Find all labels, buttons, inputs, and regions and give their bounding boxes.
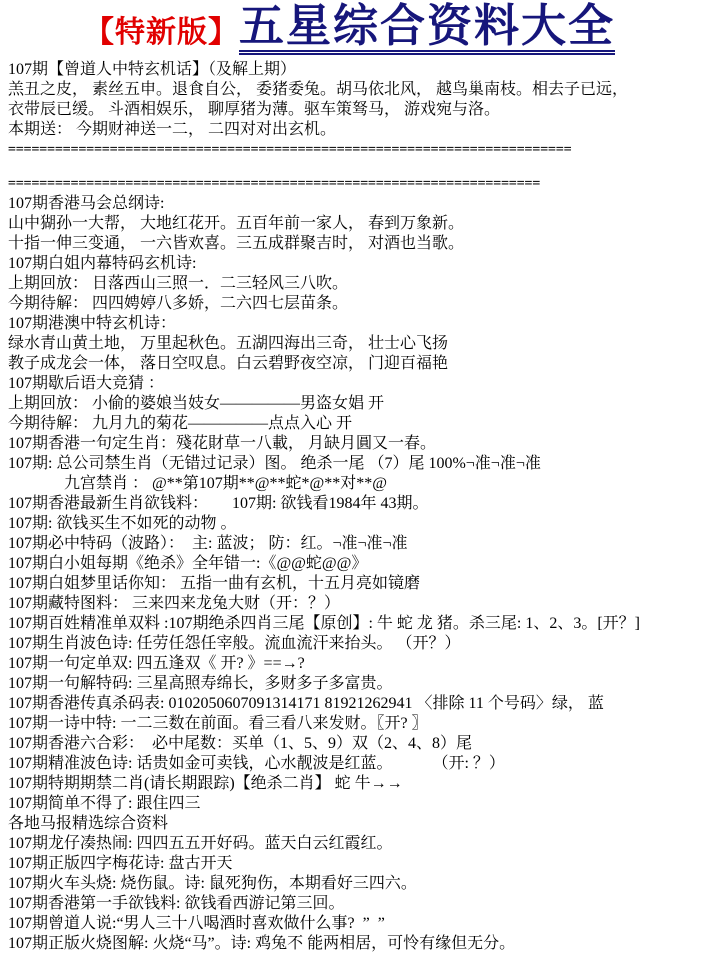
text-line: 上期回放： 小偷的婆娘当妓女—————男盗女娼 开: [0, 394, 713, 414]
text-line: 107期一句定单双: 四五逢双《 开? 》==→?: [0, 654, 713, 674]
text-line: 107期: 总公司禁生肖（无错过记录）图。 绝杀一尾 （7）尾 100%¬准¬准…: [0, 454, 713, 474]
text-line: 107期百姓精准单双料 :107期绝杀四肖三尾【原创】: 牛 蛇 龙 猪。杀三尾…: [0, 614, 713, 634]
divider-line: ========================================…: [0, 140, 713, 160]
text-line: 107期歇后语大竞猜 ：: [0, 374, 713, 394]
text-line: 绿水青山黄土地， 万里起秋色。五湖四海出三奇， 壮士心飞扬: [0, 334, 713, 354]
page-title: 五星综合资料大全: [239, 4, 615, 55]
text-line: 107期火车头烧: 烧伤鼠。诗: 鼠死狗伤，本期看好三四六。: [0, 874, 713, 894]
text-line: 107期: 欲钱买生不如死的动物 。: [0, 514, 713, 534]
text-line: 九宫禁肖 ： @**第107期**@**蛇*@**对**@: [0, 474, 713, 494]
text-line: 107期港澳中特玄机诗：: [0, 314, 713, 334]
text-line: 山中猢孙一大帮， 大地红花开。五百年前一家人， 春到万象新。: [0, 214, 713, 234]
text-line: 107期白姐内幕特码玄机诗:: [0, 254, 713, 274]
text-line: 本期送： 今期财神送一二， 二四对对出玄机。: [0, 120, 713, 140]
text-line: 107期一诗中特: 一二三数在前面。看三看八来发财。〖开? 〗: [0, 714, 713, 734]
text-line: 107期白姐梦里话你知： 五指一曲有玄机，十五月亮如镜磨: [0, 574, 713, 594]
text-line: 107期香港六合彩： 必中尾数：买单（1、5、9）双（2、4、8）尾: [0, 734, 713, 754]
text-line: 107期香港一句定生肖：殘花財草一八載， 月缺月圓又一春。: [0, 434, 713, 454]
text-line: 107期特期期禁二肖(请长期跟踪)【绝杀二肖】 蛇 牛→→: [0, 774, 713, 794]
text-line: 107期曾道人说:“男人三十八喝酒时喜欢做什么事? ” ”: [0, 914, 713, 934]
text-line: 107期香港第一手欲钱料: 欲钱看西游记第三回。: [0, 894, 713, 914]
text-line: 107期一句解特码: 三星高照寿绵长，多财多子多富贵。: [0, 674, 713, 694]
text-line: 107期生肖波色诗: 任劳任怨任宰般。流血流汗来抬头。 （开？）: [0, 634, 713, 654]
text-line: 107期正版火烧图解: 火烧“马”。诗: 鸡兔不 能两相居，可怜有缘但无分。: [0, 934, 713, 954]
blank-line: [0, 160, 713, 174]
text-line: 107期精准波色诗: 话贵如金可卖钱，心水靓波是红蓝。 （开: ？）: [0, 754, 713, 774]
text-line: 今期待解： 九月九的菊花—————点点入心 开: [0, 414, 713, 434]
text-line: 107期必中特码（波路）： 主: 蓝波； 防：红。¬准¬准¬准: [0, 534, 713, 554]
text-line: 衣带辰已缓。 斗酒相娱乐， 聊厚猪为薄。驱车策驽马， 游戏宛与洛。: [0, 100, 713, 120]
text-line: 今期待解： 四四娉婷八多娇，二六四七层苗条。: [0, 294, 713, 314]
app-header: 【特新版】 五星综合资料大全: [0, 0, 713, 57]
text-line: 十指一伸三变通， 一六皆欢喜。三五成群聚吉时， 对酒也当歌。: [0, 234, 713, 254]
content-area: 107期【曾道人中特玄机话】（及解上期）羔丑之皮， 素丝五申。退食自公， 委猪委…: [0, 57, 713, 954]
text-line: 107期香港最新生肖欲钱料： 107期: 欲钱看1984年 43期。: [0, 494, 713, 514]
text-line: 107期藏特图料： 三来四来龙兔大财（开：？）: [0, 594, 713, 614]
text-line: 107期香港马会总纲诗:: [0, 194, 713, 214]
text-line: 107期龙仔凑热闹: 四四五五开好码。蓝天白云红霞红。: [0, 834, 713, 854]
text-line: 各地马报精选综合资料: [0, 814, 713, 834]
text-line: 教子成龙会一体， 落日空叹息。白云碧野夜空凉， 门迎百福艳: [0, 354, 713, 374]
text-line: 107期简单不得了: 跟住四三: [0, 794, 713, 814]
text-line: 羔丑之皮， 素丝五申。退食自公， 委猪委兔。胡马依北风， 越鸟巢南枝。相去子已远…: [0, 80, 713, 100]
text-line: 107期白小姐每期《绝杀》全年错一:《@@蛇@@》: [0, 554, 713, 574]
text-line: 107期正版四字梅花诗: 盘古开天: [0, 854, 713, 874]
divider-line: ========================================…: [0, 174, 713, 194]
text-line: 上期回放： 日落西山三照一．二三轻风三八吹。: [0, 274, 713, 294]
text-line: 107期香港传真杀码表: 0102050607091314171 8192126…: [0, 694, 713, 714]
text-line: 107期【曾道人中特玄机话】（及解上期）: [0, 60, 713, 80]
edition-tag: 【特新版】: [84, 18, 239, 55]
